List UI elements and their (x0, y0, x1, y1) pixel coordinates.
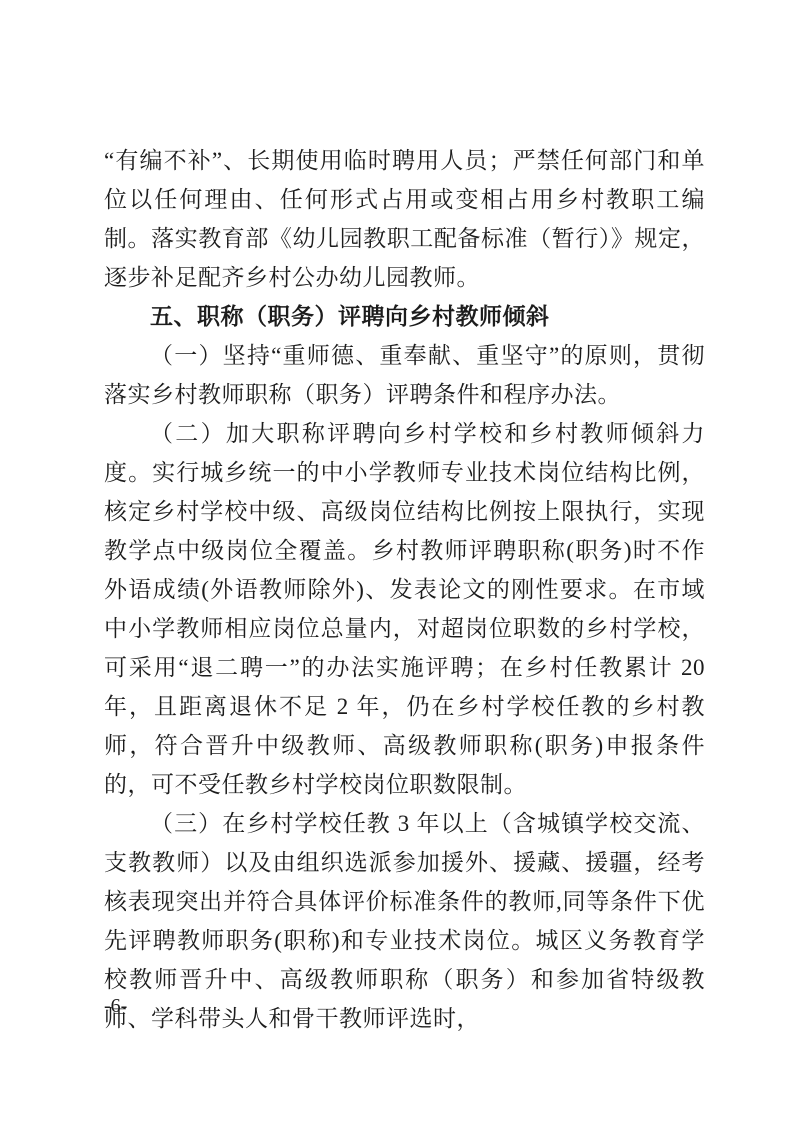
document-page: “有编不补”、长期使用临时聘用人员；严禁任何部门和单位以任何理由、任何形式占用或… (0, 0, 793, 1122)
paragraph-item-one: （一）坚持“重师德、重奉献、重坚守”的原则，贯彻落实乡村教师职称（职务）评聘条件… (104, 336, 705, 414)
paragraph-item-two: （二）加大职称评聘向乡村学校和乡村教师倾斜力度。实行城乡统一的中小学教师专业技术… (104, 414, 705, 804)
paragraph-item-three: （三）在乡村学校任教 3 年以上（含城镇学校交流、支教教师）以及由组织选派参加援… (104, 804, 705, 1038)
document-body: “有编不补”、长期使用临时聘用人员；严禁任何部门和单位以任何理由、任何形式占用或… (104, 141, 705, 1038)
section-heading: 五、职称（职务）评聘向乡村教师倾斜 (104, 297, 705, 336)
paragraph-continuation: “有编不补”、长期使用临时聘用人员；严禁任何部门和单位以任何理由、任何形式占用或… (104, 141, 705, 297)
page-number: -6- (104, 994, 127, 1018)
